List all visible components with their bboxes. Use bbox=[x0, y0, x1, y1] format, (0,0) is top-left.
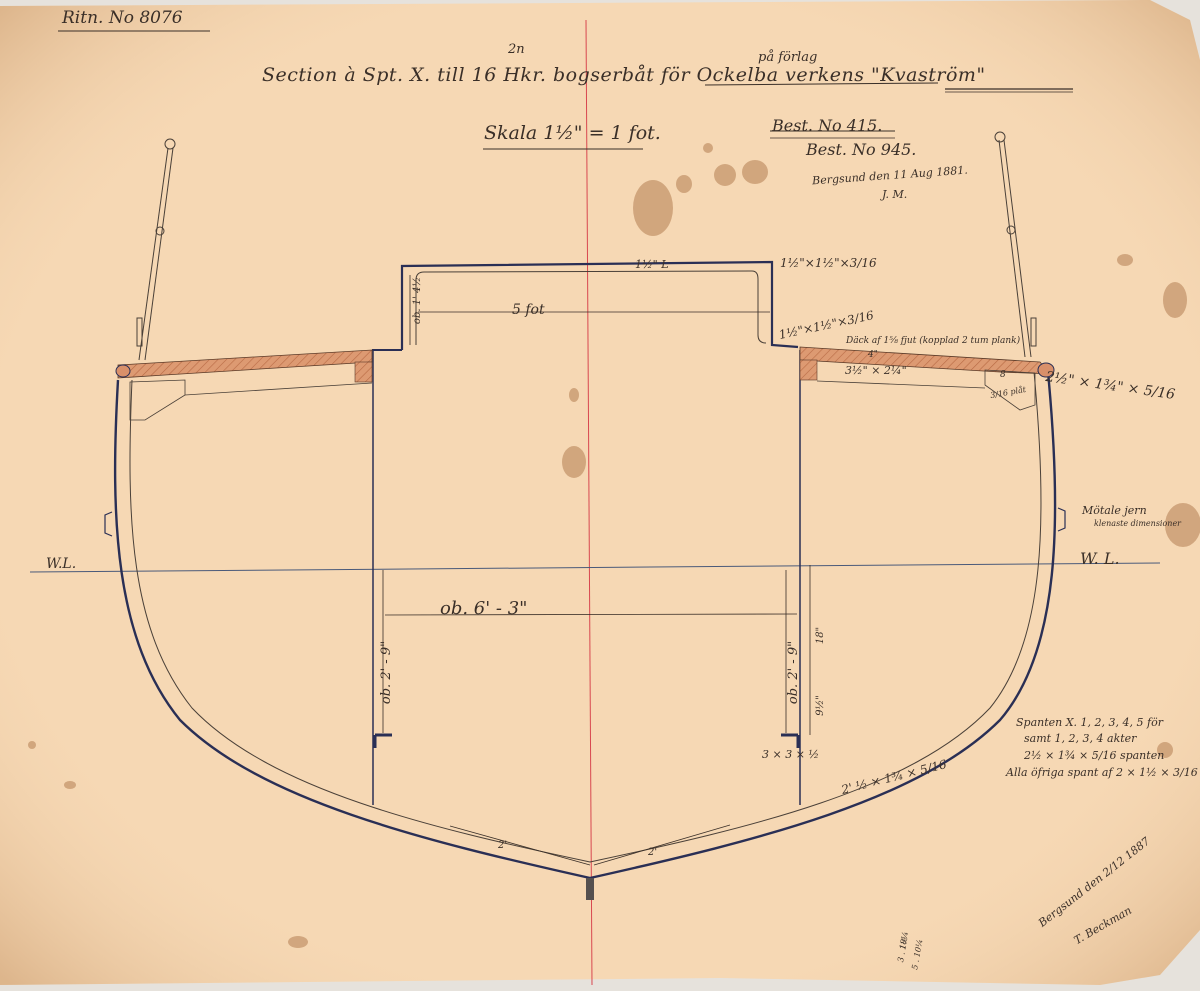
casing-top-angle: 1½" L bbox=[635, 258, 669, 271]
bearer-angle: 3 × 3 × ½ bbox=[762, 748, 819, 761]
order-struck: Best. No 415. bbox=[772, 116, 882, 135]
waterline-right-label: W. L. bbox=[1080, 549, 1120, 568]
right-height: ob. 2' - 9" bbox=[786, 641, 801, 704]
ship-section-drawing bbox=[0, 0, 1200, 991]
title-insert-pa-forlag: på förlag bbox=[758, 50, 817, 65]
deck-beam: 3½" × 2¼" bbox=[845, 364, 907, 377]
initials: J. M. bbox=[882, 188, 907, 201]
drawing-number: Ritn. No 8076 bbox=[62, 8, 183, 28]
casing-top-right: 1½"×1½"×3/16 bbox=[780, 256, 877, 270]
frames-note-line1: Spanten X. 1, 2, 3, 4, 5 för bbox=[1016, 716, 1163, 729]
frames-note-line3: 2½ × 1¾ × 5/16 spanten bbox=[1024, 749, 1164, 762]
frames-note-line4: Alla öfriga spant af 2 × 1½ × 3/16 bbox=[1006, 766, 1198, 779]
fender-note-line2: klenaste dimensioner bbox=[1094, 519, 1181, 528]
order-number: Best. No 945. bbox=[806, 140, 916, 159]
deck-plank-width: 4" bbox=[868, 350, 878, 360]
title-insert-2n: 2n bbox=[508, 42, 525, 57]
deck-note: Däck af 1⅝ fjut (kopplad 2 tum plank) bbox=[846, 336, 1020, 346]
right-dim-upper: 18" bbox=[815, 627, 826, 644]
frames-note-line2: samt 1, 2, 3, 4 akter bbox=[1024, 732, 1136, 745]
fender-note-line1: Mötale jern bbox=[1082, 504, 1147, 517]
left-height: ob. 2' - 9" bbox=[379, 641, 394, 704]
right-dim-lower: 9½" bbox=[815, 695, 826, 716]
casing-width: 5 fot bbox=[512, 302, 545, 318]
waterline-left-label: W.L. bbox=[46, 556, 76, 572]
keel-right: 2' bbox=[648, 847, 657, 858]
interior-width: ob. 6' - 3" bbox=[440, 598, 527, 619]
knee-bolt: 8 bbox=[1000, 370, 1006, 380]
drawing-sheet: Ritn. No 8076 2n på förlag Section à Spt… bbox=[0, 0, 1200, 991]
scale-label: Skala 1½" = 1 fot. bbox=[484, 122, 661, 144]
casing-height: ob. 1' 4½ bbox=[412, 277, 423, 324]
keel-left: 2' bbox=[498, 840, 507, 851]
drawing-title: Section à Spt. X. till 16 Hkr. bogserbåt… bbox=[262, 64, 986, 86]
